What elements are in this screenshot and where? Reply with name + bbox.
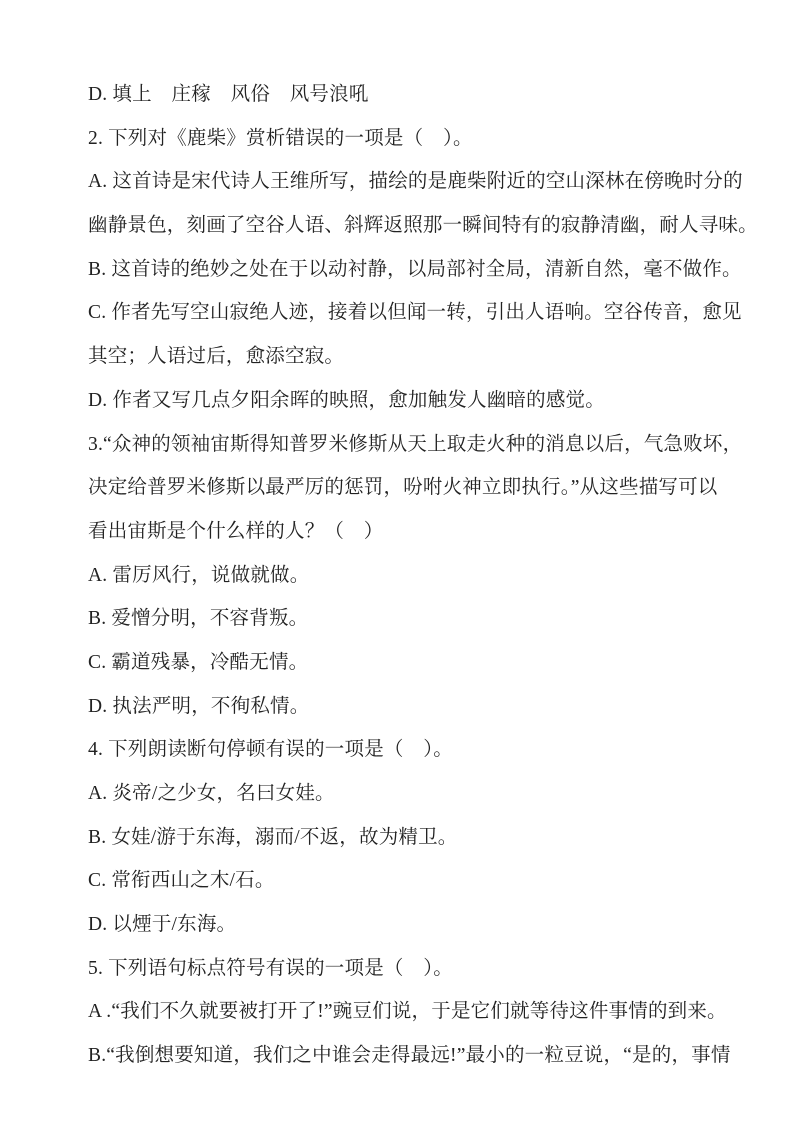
text-line: A. 炎帝/之少女，名曰女娃。 <box>88 772 733 816</box>
text-line: A. 这首诗是宋代诗人王维所写，描绘的是鹿柴附近的空山深林在傍晚时分的 <box>88 160 733 204</box>
text-line: B. 女娃/游于东海，溺而/不返，故为精卫。 <box>88 816 733 860</box>
text-line: 决定给普罗米修斯以最严厉的惩罚，吩咐火神立即执行。”从这些描写可以 <box>88 466 733 510</box>
text-line: 看出宙斯是个什么样的人？（ ） <box>88 510 733 554</box>
text-line: D. 执法严明，不徇私情。 <box>88 685 733 729</box>
text-line: C. 作者先写空山寂绝人迹，接着以但闻一转，引出人语响。空谷传音，愈见 <box>88 291 733 335</box>
text-line: 3.“众神的领袖宙斯得知普罗米修斯从天上取走火种的消息以后，气急败坏， <box>88 423 733 467</box>
text-line: D. 作者又写几点夕阳余晖的映照，愈加触发人幽暗的感觉。 <box>88 379 733 423</box>
text-line: C. 常衔西山之木/石。 <box>88 859 733 903</box>
text-line: C. 霸道残暴，冷酷无情。 <box>88 641 733 685</box>
text-line: 其空；人语过后，愈添空寂。 <box>88 335 733 379</box>
text-line: A. 雷厉风行，说做就做。 <box>88 554 733 598</box>
document-page: D. 填上 庄稼 风俗 风号浪吼 2. 下列对《鹿柴》赏析错误的一项是（ ）。 … <box>0 0 793 1122</box>
text-line: 5. 下列语句标点符号有误的一项是（ ）。 <box>88 947 733 991</box>
text-line: 4. 下列朗读断句停顿有误的一项是（ ）。 <box>88 728 733 772</box>
text-line: A .“我们不久就要被打开了!”豌豆们说，于是它们就等待这件事情的到来。 <box>88 990 733 1034</box>
text-line: B. 这首诗的绝妙之处在于以动衬静，以局部衬全局，清新自然，毫不做作。 <box>88 248 733 292</box>
text-line: D. 以煙于/东海。 <box>88 903 733 947</box>
text-line: B.“我倒想要知道，我们之中谁会走得最远!”最小的一粒豆说，“是的，事情 <box>88 1034 733 1078</box>
text-line: 幽静景色，刻画了空谷人语、斜辉返照那一瞬间特有的寂静清幽，耐人寻味。 <box>88 204 733 248</box>
text-line: 2. 下列对《鹿柴》赏析错误的一项是（ ）。 <box>88 117 733 161</box>
text-line: D. 填上 庄稼 风俗 风号浪吼 <box>88 73 733 117</box>
text-line: B. 爱憎分明，不容背叛。 <box>88 597 733 641</box>
